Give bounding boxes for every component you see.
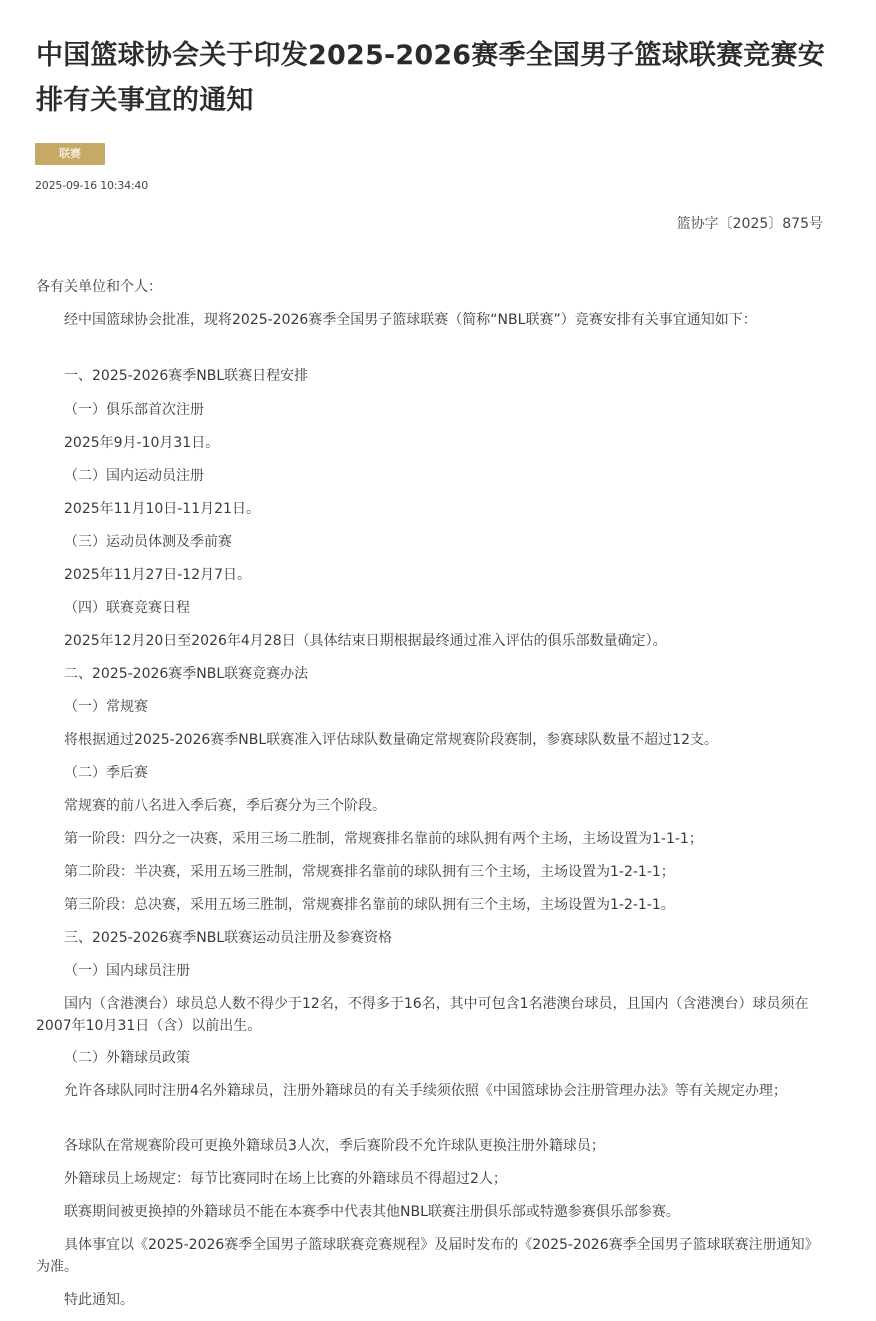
subsection-heading: （三）运动员体测及季前赛 — [36, 531, 826, 553]
paragraph: 将根据通过2025-2026赛季NBL联赛准入评估球队数量确定常规赛阶段赛制，参… — [36, 729, 826, 751]
paragraph: 国内（含港澳台）球员总人数不得少于12名，不得多于16名，其中可包含1名港澳台球… — [36, 993, 826, 1037]
intro-paragraph: 经中国篮球协会批准，现将2025-2026赛季全国男子篮球联赛（简称“NBL联赛… — [36, 309, 826, 331]
salutation: 各有关单位和个人： — [36, 276, 826, 298]
article-page: 中国篮球协会关于印发2025-2026赛季全国男子篮球联赛竞赛安排有关事宜的通知… — [0, 0, 876, 1321]
subsection-heading: （一）国内球员注册 — [36, 960, 826, 982]
paragraph: 2025年12月20日至2026年4月28日（具体结束日期根据最终通过准入评估的… — [36, 630, 826, 652]
paragraph: 外籍球员上场规定：每节比赛同时在场上比赛的外籍球员不得超过2人； — [36, 1168, 826, 1190]
category-tag[interactable]: 联赛 — [35, 143, 105, 165]
subsection-heading: （四）联赛竞赛日程 — [36, 597, 826, 619]
paragraph: 2025年9月-10月31日。 — [36, 432, 826, 454]
subsection-heading: （二）季后赛 — [36, 762, 826, 784]
section-heading-1: 一、2025-2026赛季NBL联赛日程安排 — [36, 365, 826, 387]
section-heading-2: 二、2025-2026赛季NBL联赛竞赛办法 — [36, 663, 826, 685]
publish-datetime: 2025-09-16 10:34:40 — [35, 179, 148, 192]
subsection-heading: （二）国内运动员注册 — [36, 465, 826, 487]
paragraph: 第一阶段：四分之一决赛，采用三场二胜制，常规赛排名靠前的球队拥有两个主场，主场设… — [36, 828, 826, 850]
subsection-heading: （一）俱乐部首次注册 — [36, 399, 826, 421]
closing-paragraph: 具体事宜以《2025-2026赛季全国男子篮球联赛竞赛规程》及届时发布的《202… — [36, 1234, 826, 1278]
paragraph: 第二阶段：半决赛，采用五场三胜制，常规赛排名靠前的球队拥有三个主场，主场设置为1… — [36, 861, 826, 883]
article-title: 中国篮球协会关于印发2025-2026赛季全国男子篮球联赛竞赛安排有关事宜的通知 — [36, 33, 836, 123]
document-number: 篮协字〔2025〕875号 — [677, 213, 823, 233]
paragraph: 2025年11月27日-12月7日。 — [36, 564, 826, 586]
paragraph: 常规赛的前八名进入季后赛，季后赛分为三个阶段。 — [36, 795, 826, 817]
subsection-heading: （二）外籍球员政策 — [36, 1047, 826, 1069]
paragraph: 允许各球队同时注册4名外籍球员，注册外籍球员的有关手续须依照《中国篮球协会注册管… — [36, 1080, 826, 1102]
paragraph: 联赛期间被更换掉的外籍球员不能在本赛季中代表其他NBL联赛注册俱乐部或特邀参赛俱… — [36, 1201, 826, 1223]
paragraph: 第三阶段：总决赛，采用五场三胜制，常规赛排名靠前的球队拥有三个主场，主场设置为1… — [36, 894, 826, 916]
section-heading-3: 三、2025-2026赛季NBL联赛运动员注册及参赛资格 — [36, 927, 826, 949]
paragraph: 各球队在常规赛阶段可更换外籍球员3人次，季后赛阶段不允许球队更换注册外籍球员； — [36, 1135, 826, 1157]
paragraph: 2025年11月10日-11月21日。 — [36, 498, 826, 520]
subsection-heading: （一）常规赛 — [36, 696, 826, 718]
closing-remark: 特此通知。 — [36, 1289, 826, 1311]
